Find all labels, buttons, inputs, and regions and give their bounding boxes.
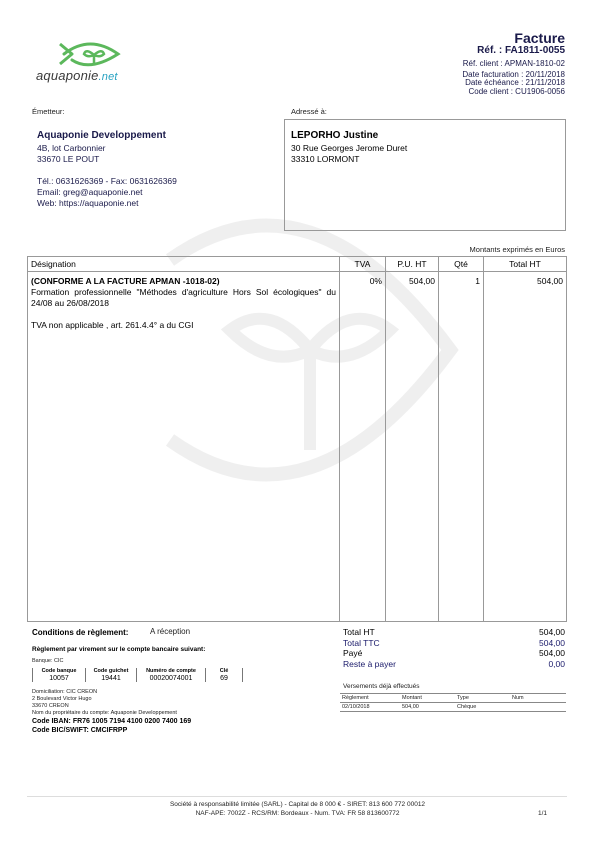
conditions-value: A réception: [150, 627, 190, 636]
payments-header-date: Règlement: [340, 694, 400, 703]
table-row: (CONFORME A LA FACTURE APMAN -1018-02) F…: [28, 272, 567, 622]
payments-header-num: Num: [510, 694, 566, 703]
branch-code: Code guichet 19441: [85, 668, 136, 682]
due-date: Date échéance : 21/11/2018: [465, 78, 565, 87]
table-row: 02/10/2018 504,00 Chèque: [340, 703, 566, 712]
total-ht-row: Total HT 504,00: [343, 627, 565, 638]
item-note: TVA non applicable , art. 261.4.4° a du …: [31, 320, 336, 331]
recipient-address2: 33310 LORMONT: [291, 154, 360, 164]
item-total: 504,00: [484, 272, 567, 622]
recipient-address1: 30 Rue Georges Jerome Duret: [291, 143, 407, 153]
payments-header-row: Règlement Montant Type Num: [340, 694, 566, 703]
recipient-label: Adressé à:: [291, 107, 327, 116]
invoice-ref: Réf. : FA1811-0055: [477, 45, 565, 56]
totals-block: Total HT 504,00 Total TTC 504,00 Payé 50…: [343, 627, 565, 669]
branch-code-header: Code guichet: [90, 668, 132, 674]
bank-name: Banque: CIC: [32, 658, 64, 664]
account-number: Numéro de compte 00020074001: [136, 668, 205, 682]
items-table: Désignation TVA P.U. HT Qté Total HT (CO…: [27, 256, 567, 622]
emitter-label: Émetteur:: [32, 107, 65, 116]
remaining-label: Reste à payer: [343, 659, 396, 670]
header-total: Total HT: [484, 257, 567, 272]
item-description: Formation professionnelle "Méthodes d'ag…: [31, 287, 336, 309]
rib-key: Clé 69: [205, 668, 243, 682]
footer-legal-line2: NAF-APE: 7002Z - RCS/RM: Bordeaux - Num.…: [0, 810, 595, 817]
bank-transfer-title: Règlement par virement sur le compte ban…: [32, 646, 205, 653]
total-ttc-label: Total TTC: [343, 638, 380, 649]
total-ttc-value: 504,00: [539, 638, 565, 649]
bank-code: Code banque 10057: [32, 668, 85, 682]
payments-made-table: Règlement Montant Type Num 02/10/2018 50…: [340, 693, 566, 712]
account-owner: Nom du propriétaire du compte: Aquaponie…: [32, 710, 177, 716]
emitter-address1: 4B, lot Carbonnier: [37, 143, 106, 153]
emitter-address2: 33670 LE POUT: [37, 154, 99, 164]
client-code: Code client : CU1906-0056: [468, 87, 565, 96]
payments-header-type: Type: [455, 694, 510, 703]
payments-header-amount: Montant: [400, 694, 455, 703]
total-ht-value: 504,00: [539, 627, 565, 638]
logo-text: aquaponie: [36, 68, 99, 83]
payment-num: [510, 703, 566, 712]
emitter-name: Aquaponie Developpement: [37, 130, 166, 141]
conditions-label: Conditions de règlement:: [32, 628, 128, 637]
bic-swift: Code BIC/SWIFT: CMCIFRPP: [32, 727, 127, 734]
payment-amount: 504,00: [400, 703, 455, 712]
footer-divider: [27, 796, 567, 797]
header-qty: Qté: [439, 257, 484, 272]
payment-type: Chèque: [455, 703, 510, 712]
bank-code-header: Code banque: [37, 668, 81, 674]
footer-legal-line1: Société à responsabilité limitée (SARL) …: [0, 801, 595, 808]
logo-tld: .net: [99, 71, 118, 83]
bank-address1: 2 Boulevard Victor Hugo: [32, 696, 92, 702]
items-header-row: Désignation TVA P.U. HT Qté Total HT: [28, 257, 567, 272]
remaining-row: Reste à payer 0,00: [343, 659, 565, 670]
rib-key-header: Clé: [210, 668, 238, 674]
item-title: (CONFORME A LA FACTURE APMAN -1018-02): [31, 276, 336, 287]
emitter-phone-fax: Tél.: 0631626369 - Fax: 0631626369: [37, 176, 177, 186]
item-tva: 0%: [340, 272, 386, 622]
rib-key-value: 69: [210, 675, 238, 682]
item-unit-price: 504,00: [386, 272, 439, 622]
payment-date: 02/10/2018: [340, 703, 400, 712]
bank-code-value: 10057: [37, 675, 81, 682]
account-number-value: 00020074001: [141, 675, 201, 682]
currency-note: Montants exprimés en Euros: [470, 245, 565, 254]
emitter-email[interactable]: Email: greg@aquaponie.net: [37, 187, 143, 197]
account-number-header: Numéro de compte: [141, 668, 201, 674]
page-number: 1/1: [538, 810, 547, 817]
bank-details: Code banque 10057 Code guichet 19441 Num…: [32, 668, 243, 682]
paid-value: 504,00: [539, 648, 565, 659]
iban: Code IBAN: FR76 1005 7194 4100 0200 7400…: [32, 718, 191, 725]
paid-row: Payé 504,00: [343, 648, 565, 659]
document-title: Facture: [514, 30, 565, 46]
total-ttc-row: Total TTC 504,00: [343, 638, 565, 649]
item-qty: 1: [439, 272, 484, 622]
logo-wordmark: aquaponie.net: [36, 68, 118, 83]
remaining-value: 0,00: [548, 659, 565, 670]
header-unit-price: P.U. HT: [386, 257, 439, 272]
bank-address2: 33670 CREON: [32, 703, 69, 709]
paid-label: Payé: [343, 648, 362, 659]
domiciliation: Domiciliation: CIC CREON: [32, 689, 97, 695]
payments-made-title: Versements déjà effectués: [343, 683, 419, 690]
client-ref: Réf. client : APMAN-1810-02: [463, 59, 565, 68]
emitter-web[interactable]: Web: https://aquaponie.net: [37, 198, 138, 208]
total-ht-label: Total HT: [343, 627, 375, 638]
header-tva: TVA: [340, 257, 386, 272]
item-designation: (CONFORME A LA FACTURE APMAN -1018-02) F…: [28, 272, 340, 622]
recipient-name: LEPORHO Justine: [291, 130, 378, 141]
branch-code-value: 19441: [90, 675, 132, 682]
header-designation: Désignation: [28, 257, 340, 272]
